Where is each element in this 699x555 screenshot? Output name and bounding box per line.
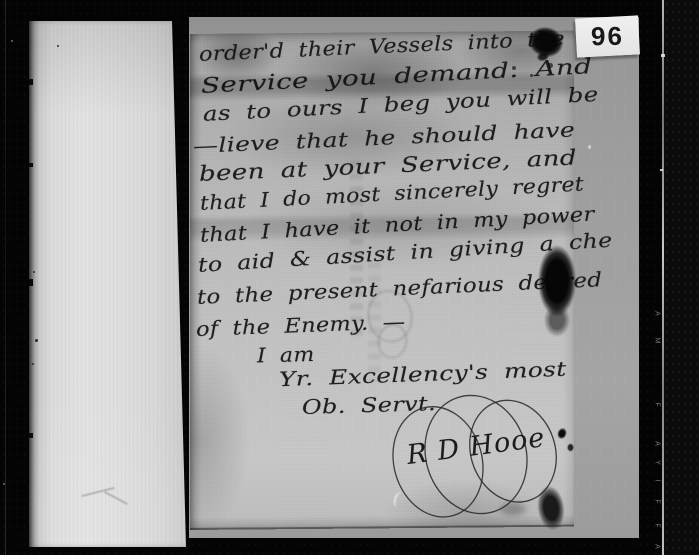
signature-flourish: R D Hooe — [386, 391, 571, 525]
handwriting-line: Yr. Excellency's most — [279, 357, 567, 392]
film-edge-letter: F — [654, 400, 661, 410]
paper-crease — [104, 491, 128, 505]
page-edge-notch — [29, 79, 33, 85]
film-edge-letter: M — [654, 336, 661, 346]
film-edge-tick — [661, 54, 665, 57]
dust-speck — [11, 40, 13, 42]
handwriting-line: I am — [257, 342, 315, 368]
dust-speck — [3, 483, 5, 485]
ink-speck — [512, 66, 516, 70]
film-edge-letter: F — [654, 521, 661, 531]
film-edge-letter: A — [654, 542, 661, 552]
film-edge-letter: A — [654, 439, 661, 449]
film-edge-letter: I — [654, 476, 661, 486]
dust-speck — [588, 145, 591, 149]
dust-speck — [32, 363, 34, 365]
microfilm-frame: order'd their Vessels into theService yo… — [0, 0, 699, 555]
film-edge-tick — [660, 169, 663, 171]
page-edge-notch — [29, 163, 33, 167]
signature: R D Hooe — [404, 422, 547, 471]
film-edge-letter: A — [654, 309, 661, 319]
dust-speck — [35, 339, 38, 342]
film-edge-area — [664, 0, 699, 555]
page-number: 96 — [591, 21, 624, 53]
ink-speck — [548, 63, 553, 68]
letter-page: order'd their Vessels into theService yo… — [190, 31, 574, 530]
page-edge-notch — [29, 433, 33, 438]
dust-speck — [57, 45, 59, 47]
film-edge-line — [662, 0, 664, 555]
page-number-label: 96 — [575, 15, 640, 57]
film-frame-line — [5, 0, 6, 555]
page-edge-notch — [29, 279, 33, 286]
ink-speck — [530, 74, 533, 77]
adjacent-page-edge — [29, 21, 190, 547]
film-edge-letter: F — [654, 497, 661, 507]
film-edge-letter: Y — [654, 458, 661, 468]
dust-speck — [33, 271, 35, 273]
